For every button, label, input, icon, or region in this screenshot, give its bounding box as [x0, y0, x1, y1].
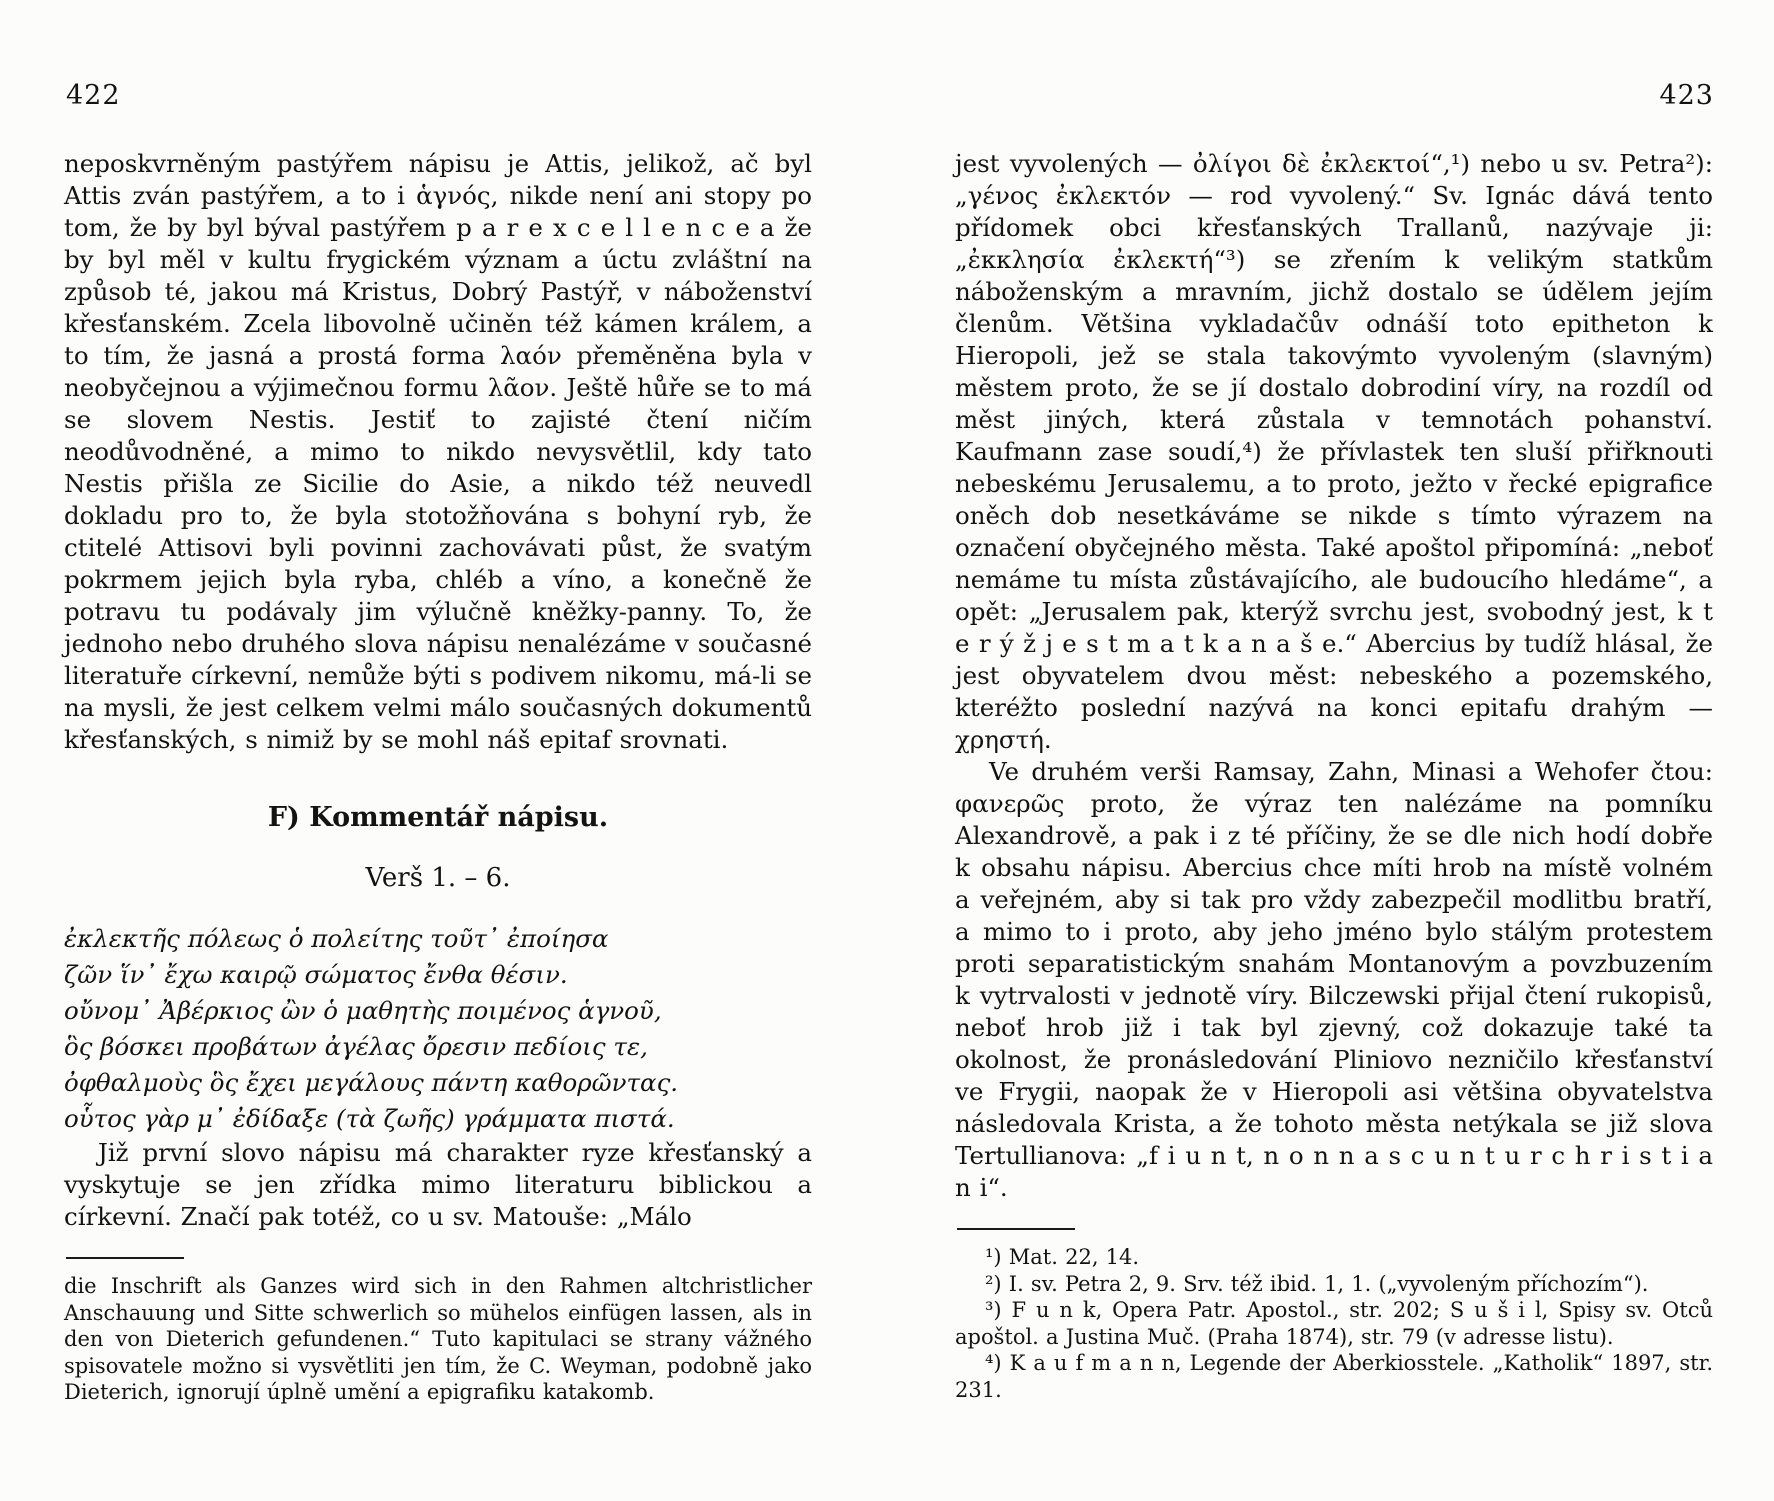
footnote-2: ²) I. sv. Petra 2, 9. Srv. též ibid. 1, … — [955, 1271, 1713, 1298]
greek-verse-line: ἐκλεκτῆς πόλεως ὁ πολείτης τοῦτ᾽ ἐποίησα — [64, 921, 812, 957]
page-number-right: 423 — [1659, 80, 1714, 111]
page-number-left: 422 — [66, 80, 121, 111]
footnote-separator — [66, 1257, 184, 1259]
paragraph-jiz-prvni-slovo: Již první slovo nápisu má charakter ryze… — [64, 1137, 812, 1233]
paragraph-vyvolenych: jest vyvolených — ὀλίγοι δὲ ἐκλεκτοί“,¹)… — [955, 148, 1713, 756]
greek-verse-line: ὀφθαλμοὺς ὃς ἔχει μεγάλους πάντη καθορῶν… — [64, 1065, 812, 1101]
footnote-3: ³) F u n k, Opera Patr. Apostol., str. 2… — [955, 1297, 1713, 1350]
paragraph-attis-nestis: neposkvrněným pastýřem nápisu je Attis, … — [64, 148, 812, 756]
footnote-separator — [957, 1228, 1075, 1230]
greek-verse-line: ὃς βόσκει προβάτων ἀγέλας ὄρεσιν πεδίοις… — [64, 1029, 812, 1065]
paragraph-ve-druhem-versi: Ve druhém verši Ramsay, Zahn, Minasi a W… — [955, 756, 1713, 1204]
greek-verse-line: οὗτος γὰρ μ᾽ ἐδίδαξε (τὰ ζωῆς) γράμματα … — [64, 1101, 812, 1137]
book-spread: 422 423 neposkvrněným pastýřem nápisu je… — [0, 0, 1774, 1501]
verse-range-heading: Verš 1. – 6. — [64, 863, 812, 893]
footnote-continuation: die Inschrift als Ganzes wird sich in de… — [64, 1273, 812, 1406]
greek-verse-line: οὔνομ᾽ Ἀβέρκιος ὢν ὁ μαθητὴς ποιμένος ἁγ… — [64, 993, 812, 1029]
left-column: neposkvrněným pastýřem nápisu je Attis, … — [64, 148, 812, 1406]
footnote-1: ¹) Mat. 22, 14. — [955, 1244, 1713, 1271]
greek-verse-block: ἐκλεκτῆς πόλεως ὁ πολείτης τοῦτ᾽ ἐποίησα… — [64, 921, 812, 1137]
greek-verse-line: ζῶν ἵν᾽ ἔχω καιρῷ σώματος ἔνθα θέσιν. — [64, 957, 812, 993]
section-heading: F) Kommentář nápisu. — [64, 802, 812, 833]
right-column: jest vyvolených — ὀλίγοι δὲ ἐκλεκτοί“,¹)… — [955, 148, 1713, 1403]
footnote-4: ⁴) K a u f m a n n, Legende der Aberkios… — [955, 1350, 1713, 1403]
